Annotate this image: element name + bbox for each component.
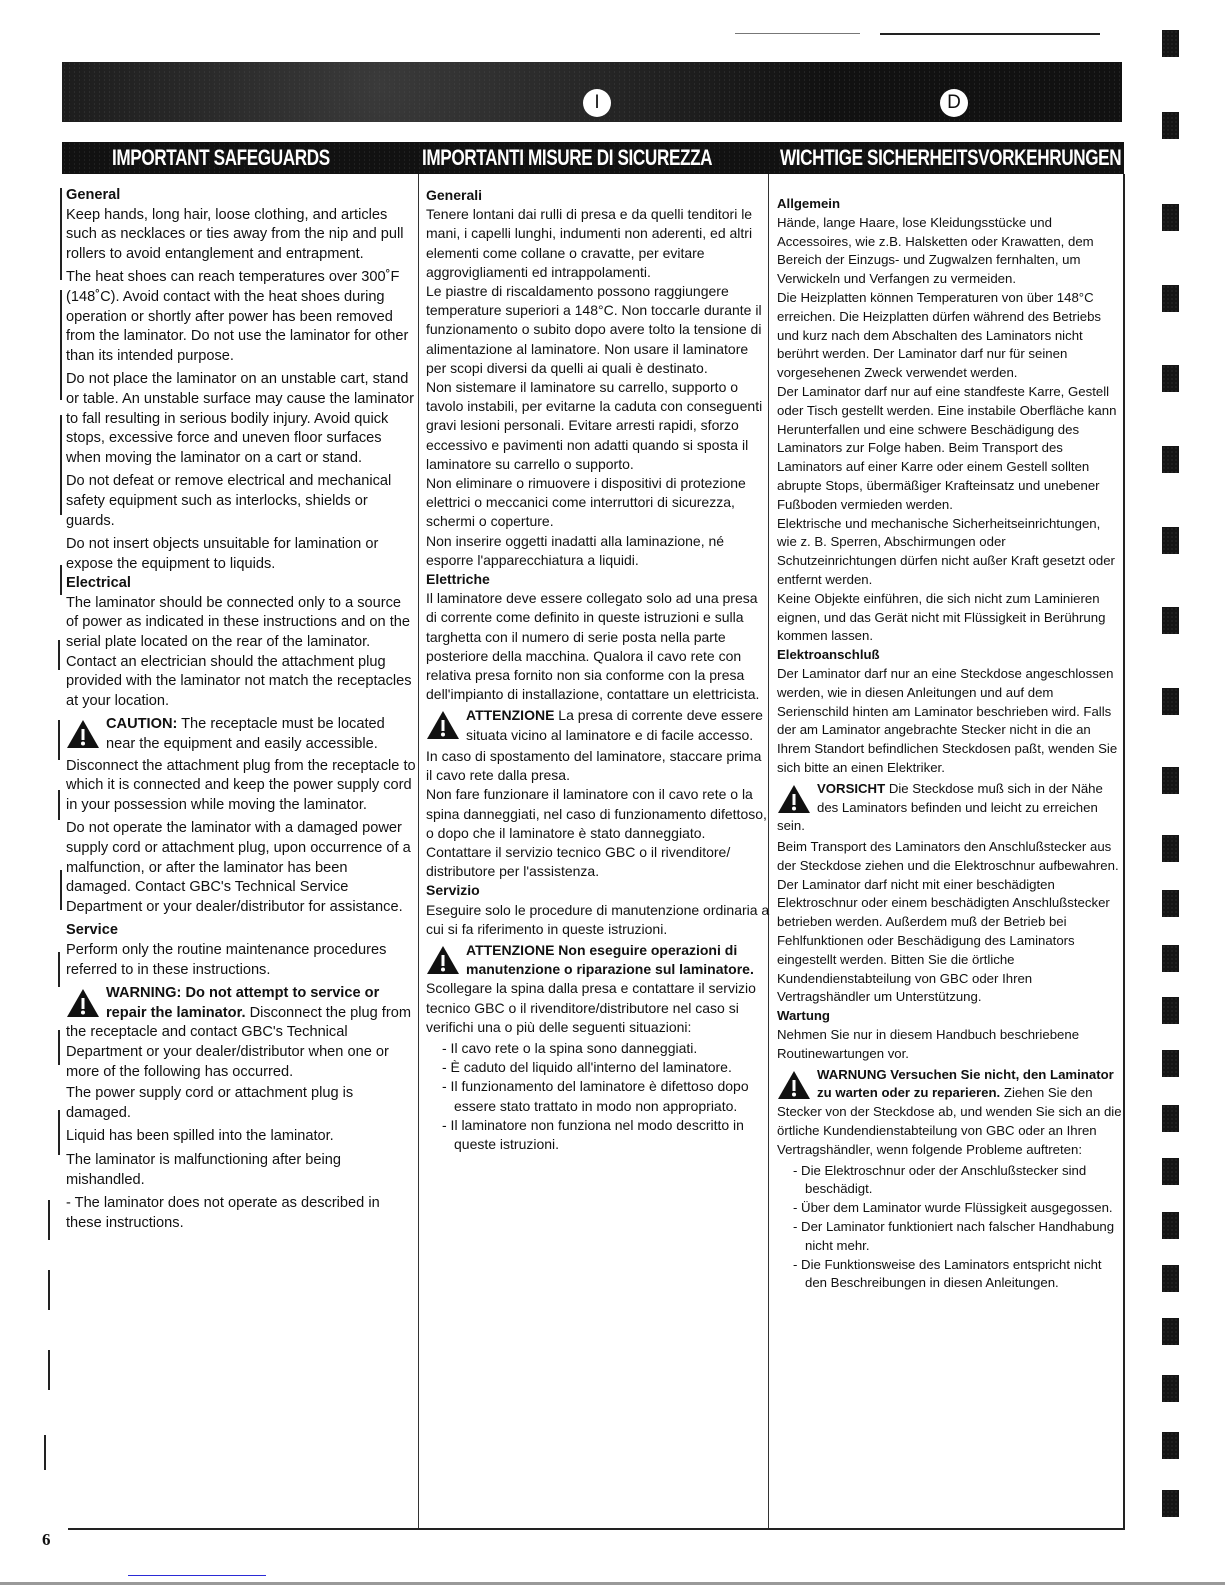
- thumb-tab-marker: [1162, 1432, 1179, 1459]
- underline-mark: [128, 1575, 266, 1576]
- title-english: IMPORTANT SAFEGUARDS: [112, 145, 330, 171]
- heading-service: Servizio: [426, 881, 771, 900]
- title-german: WICHTIGE SICHERHEITSVORKEHRUNGEN: [780, 145, 1121, 171]
- condition-item: - Über dem Laminator wurde Flüssigkeit a…: [793, 1199, 1122, 1218]
- paragraph: Non eliminare o rimuovere i dispositivi …: [426, 474, 771, 532]
- paragraph: Tenere lontani dai rulli di presa e da q…: [426, 205, 771, 282]
- thumb-tab-marker: [1162, 1265, 1179, 1292]
- thumb-tab-marker: [1162, 767, 1179, 794]
- language-badge-italian: I: [583, 89, 611, 117]
- condition-item: The power supply cord or attachment plug…: [66, 1084, 416, 1123]
- thumb-tab-marker: [1162, 997, 1179, 1024]
- thumb-tab-marker: [1162, 112, 1179, 139]
- paragraph: Il laminatore deve essere collegato solo…: [426, 589, 771, 704]
- caution-notice: ATTENZIONE La presa di corrente deve ess…: [426, 706, 771, 744]
- heading-general: General: [66, 186, 416, 206]
- english-column: General Keep hands, long hair, loose clo…: [66, 186, 416, 1237]
- condition-list: - Die Elektroschnur oder der Anschlußste…: [793, 1162, 1122, 1294]
- paragraph: Elektrische und mechanische Sicherheitse…: [777, 515, 1122, 590]
- german-column: Allgemein Hände, lange Haare, lose Kleid…: [777, 195, 1122, 1293]
- change-bar: [60, 188, 62, 280]
- heading-electrical: Electrical: [66, 574, 416, 594]
- condition-item: - È caduto del liquido all'interno del l…: [442, 1058, 771, 1077]
- thumb-tab-marker: [1162, 30, 1179, 57]
- paragraph: Do not insert objects unsuitable for lam…: [66, 535, 416, 574]
- warning-notice: WARNING: Do not attempt to service or re…: [66, 984, 416, 1082]
- change-bar: [44, 1435, 46, 1470]
- heading-general: Allgemein: [777, 195, 1122, 214]
- thumb-tab-marker: [1162, 446, 1179, 473]
- warning-triangle-icon: [66, 988, 100, 1018]
- condition-list: - Il cavo rete o la spina sono danneggia…: [442, 1039, 771, 1154]
- paragraph: Keine Objekte einführen, die sich nicht …: [777, 590, 1122, 646]
- condition-item: The laminator is malfunctioning after be…: [66, 1151, 416, 1190]
- heading-service: Wartung: [777, 1007, 1122, 1026]
- top-rule: [735, 33, 860, 34]
- warning-notice: WARNUNG Versuchen Sie nicht, den Laminat…: [777, 1066, 1122, 1160]
- section-title-bar: IMPORTANT SAFEGUARDS IMPORTANTI MISURE D…: [62, 142, 1124, 174]
- caution-notice: VORSICHT Die Steckdose muß sich in der N…: [777, 780, 1122, 836]
- column-divider: [418, 174, 419, 1528]
- condition-item: - Die Elektroschnur oder der Anschlußste…: [793, 1162, 1122, 1200]
- paragraph: Non sistemare il laminatore su carrello,…: [426, 378, 771, 474]
- paragraph: Der Laminator darf nur an eine Steckdose…: [777, 665, 1122, 778]
- condition-item: - Il cavo rete o la spina sono danneggia…: [442, 1039, 771, 1058]
- change-bar: [60, 415, 62, 515]
- paragraph: Do not defeat or remove electrical and m…: [66, 472, 416, 531]
- warning-triangle-icon: [66, 719, 100, 749]
- condition-item: - Il laminatore non funziona nel modo de…: [442, 1116, 771, 1154]
- thumb-tab-marker: [1162, 890, 1179, 917]
- language-badge-german: D: [940, 89, 968, 117]
- heading-electrical: Elettriche: [426, 570, 771, 589]
- column-divider: [1123, 174, 1125, 1530]
- paragraph: Eseguire solo le procedure di manutenzio…: [426, 901, 771, 939]
- thumb-tab-marker: [1162, 527, 1179, 554]
- thumb-tab-marker: [1162, 1158, 1179, 1185]
- paragraph: Die Heizplatten können Temperaturen von …: [777, 289, 1122, 383]
- change-bar: [60, 870, 62, 910]
- thumb-tab-marker: [1162, 945, 1179, 972]
- change-bar: [58, 790, 60, 820]
- warning-notice: ATTENZIONE Non eseguire operazioni di ma…: [426, 941, 771, 1037]
- caution-label: ATTENZIONE: [466, 707, 554, 723]
- paragraph: Do not operate the laminator with a dama…: [66, 819, 416, 917]
- condition-item: - Der Laminator funktioniert nach falsch…: [793, 1218, 1122, 1256]
- condition-item: - Die Funktionsweise des Laminators ents…: [793, 1256, 1122, 1294]
- title-italian: IMPORTANTI MISURE DI SICUREZZA: [422, 145, 712, 171]
- paragraph: Le piastre di riscaldamento possono ragg…: [426, 282, 771, 378]
- condition-item: Liquid has been spilled into the laminat…: [66, 1127, 416, 1147]
- paragraph: The heat shoes can reach temperatures ov…: [66, 268, 416, 366]
- thumb-tab-marker: [1162, 1375, 1179, 1402]
- thumb-tab-marker: [1162, 1318, 1179, 1345]
- paragraph: Der Laminator darf nicht mit einer besch…: [777, 876, 1122, 1008]
- warning-bold-text: ATTENZIONE Non eseguire operazioni di ma…: [466, 942, 754, 977]
- paragraph: The laminator should be connected only t…: [66, 594, 416, 712]
- warning-triangle-icon: [426, 710, 460, 740]
- heading-electrical: Elektroanschluß: [777, 646, 1122, 665]
- change-bar: [58, 952, 60, 987]
- thumb-tab-marker: [1162, 204, 1179, 231]
- top-rule: [880, 33, 1100, 35]
- paragraph: Der Laminator darf nur auf eine standfes…: [777, 383, 1122, 515]
- thumb-tab-marker: [1162, 1105, 1179, 1132]
- thumb-tab-marker: [1162, 1050, 1179, 1077]
- change-bar: [48, 1270, 50, 1310]
- thumb-tab-marker: [1162, 835, 1179, 862]
- caution-label: CAUTION:: [106, 716, 177, 732]
- paragraph: Beim Transport des Laminators den Anschl…: [777, 838, 1122, 876]
- paragraph: Nehmen Sie nur in diesem Handbuch beschr…: [777, 1026, 1122, 1064]
- condition-item: - The laminator does not operate as desc…: [66, 1194, 416, 1233]
- paragraph: Perform only the routine maintenance pro…: [66, 941, 416, 980]
- italian-column: Generali Tenere lontani dai rulli di pre…: [426, 186, 771, 1154]
- caution-label: VORSICHT: [817, 781, 885, 796]
- change-bar: [48, 1200, 50, 1240]
- condition-item: - Il funzionamento del laminatore è dife…: [442, 1077, 771, 1115]
- change-bar: [60, 290, 62, 400]
- warning-text: Scollegare la spina dalla presa e contat…: [426, 980, 756, 1034]
- paragraph: Keep hands, long hair, loose clothing, a…: [66, 206, 416, 265]
- change-bar: [48, 1350, 50, 1390]
- thumb-tab-marker: [1162, 365, 1179, 392]
- warning-triangle-icon: [777, 1070, 811, 1100]
- paragraph: Non inserire oggetti inadatti alla lamin…: [426, 532, 771, 570]
- paragraph: In caso di spostamento del laminatore, s…: [426, 747, 771, 785]
- thumb-tab-marker: [1162, 285, 1179, 312]
- paragraph: Hände, lange Haare, lose Kleidungsstücke…: [777, 214, 1122, 289]
- change-bar: [58, 1030, 60, 1065]
- footer-rule: [68, 1528, 1124, 1530]
- change-bar: [60, 565, 62, 595]
- thumb-tab-marker: [1162, 1212, 1179, 1239]
- page-number: 6: [42, 1530, 51, 1550]
- paragraph: Do not place the laminator on an unstabl…: [66, 370, 416, 468]
- heading-general: Generali: [426, 186, 771, 205]
- thumb-tab-marker: [1162, 607, 1179, 634]
- warning-triangle-icon: [777, 784, 811, 814]
- warning-triangle-icon: [426, 945, 460, 975]
- thumb-tab-marker: [1162, 688, 1179, 715]
- change-bar: [58, 720, 60, 760]
- change-bar: [58, 1110, 60, 1155]
- paragraph: Disconnect the attachment plug from the …: [66, 757, 416, 816]
- thumb-tab-marker: [1162, 1490, 1179, 1517]
- paragraph: Non fare funzionare il laminatore con il…: [426, 785, 771, 881]
- caution-notice: CAUTION: The receptacle must be located …: [66, 715, 416, 754]
- heading-service: Service: [66, 921, 416, 941]
- change-bar: [58, 640, 60, 670]
